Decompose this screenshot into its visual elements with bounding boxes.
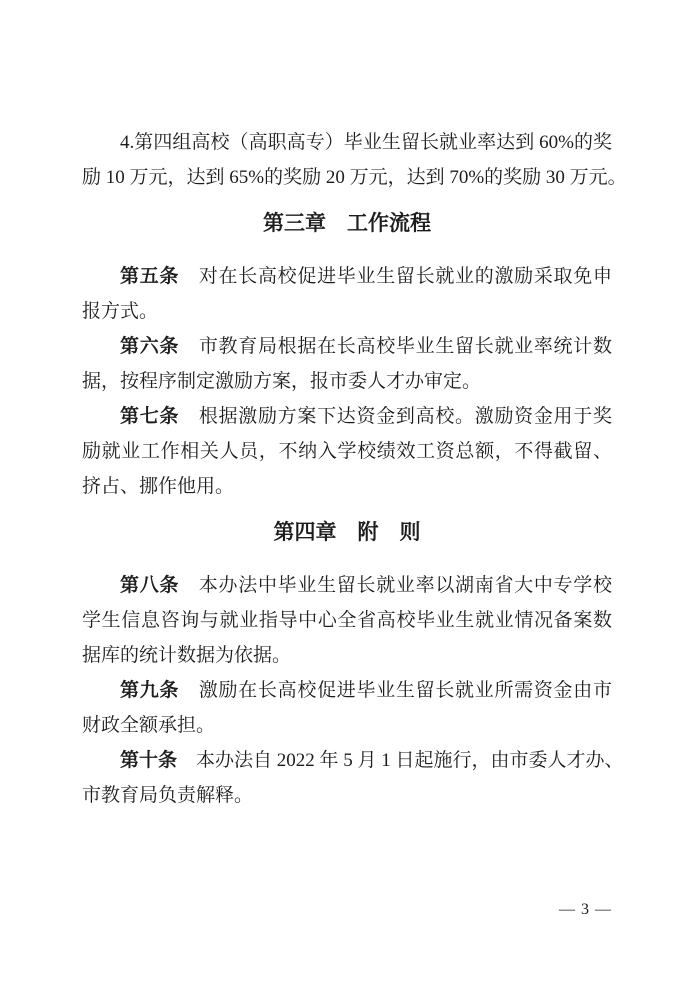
text-segment: 本办法中毕业生留长就业率以湖南省大中专学校 — [179, 575, 612, 596]
article-label: 第九条 — [120, 680, 179, 701]
text-segment: 学生信息咨询与就业指导中心全省高校毕业生就业情况备案数 — [82, 610, 612, 631]
text-segment: 本办法自 2022 年 5 月 1 日起施行，由市委人才办、 — [177, 750, 624, 771]
paragraph: 第六条 市教育局根据在长高校毕业生留长就业率统计数据，按程序制定激励方案，报市委… — [82, 329, 612, 399]
text-line: 报方式。 — [82, 294, 612, 329]
text-segment: 激励在长高校促进毕业生留长就业所需资金由市 — [179, 680, 612, 701]
text-line: 第七条 根据激励方案下达资金到高校。激励资金用于奖 — [82, 399, 612, 434]
text-line: 第十条 本办法自 2022 年 5 月 1 日起施行，由市委人才办、 — [82, 743, 612, 778]
text-line: 第六条 市教育局根据在长高校毕业生留长就业率统计数 — [82, 329, 612, 364]
text-line: 第九条 激励在长高校促进毕业生留长就业所需资金由市 — [82, 673, 612, 708]
document-body: 4.第四组高校（高职高专）毕业生留长就业率达到 60%的奖励 10 万元，达到 … — [82, 125, 612, 813]
chapter-heading: 第三章 工作流程 — [82, 206, 612, 241]
paragraph: 第七条 根据激励方案下达资金到高校。激励资金用于奖励就业工作相关人员，不纳入学校… — [82, 399, 612, 504]
paragraph: 第十条 本办法自 2022 年 5 月 1 日起施行，由市委人才办、市教育局负责… — [82, 743, 612, 813]
text-segment: 财政全额承担。 — [82, 715, 215, 736]
text-line: 励就业工作相关人员，不纳入学校绩效工资总额，不得截留、 — [82, 434, 612, 469]
paragraph: 第五条 对在长高校促进毕业生留长就业的激励采取免申报方式。 — [82, 259, 612, 329]
text-segment: 挤占、挪作他用。 — [82, 476, 234, 497]
text-line: 第五条 对在长高校促进毕业生留长就业的激励采取免申 — [82, 259, 612, 294]
article-label: 第七条 — [120, 406, 179, 427]
text-segment: 励 10 万元，达到 65%的奖励 20 万元，达到 70%的奖励 30 万元。 — [82, 167, 627, 188]
text-segment: 报方式。 — [82, 301, 158, 322]
text-line: 据，按程序制定激励方案，报市委人才办审定。 — [82, 364, 612, 399]
text-line: 市教育局负责解释。 — [82, 778, 612, 813]
text-segment: 据，按程序制定激励方案，报市委人才办审定。 — [82, 371, 481, 392]
document-page: 4.第四组高校（高职高专）毕业生留长就业率达到 60%的奖励 10 万元，达到 … — [0, 0, 700, 990]
paragraph: 4.第四组高校（高职高专）毕业生留长就业率达到 60%的奖励 10 万元，达到 … — [82, 125, 612, 195]
paragraph: 第八条 本办法中毕业生留长就业率以湖南省大中专学校学生信息咨询与就业指导中心全省… — [82, 568, 612, 673]
article-label: 第十条 — [120, 750, 177, 771]
text-line: 第八条 本办法中毕业生留长就业率以湖南省大中专学校 — [82, 568, 612, 603]
text-line: 4.第四组高校（高职高专）毕业生留长就业率达到 60%的奖 — [82, 125, 612, 160]
article-label: 第五条 — [120, 266, 179, 287]
text-segment: 对在长高校促进毕业生留长就业的激励采取免申 — [179, 266, 612, 287]
article-label: 第八条 — [120, 575, 179, 596]
text-line: 挤占、挪作他用。 — [82, 469, 612, 504]
text-line: 励 10 万元，达到 65%的奖励 20 万元，达到 70%的奖励 30 万元。 — [82, 160, 612, 195]
text-segment: 励就业工作相关人员，不纳入学校绩效工资总额，不得截留、 — [82, 441, 612, 462]
article-label: 第六条 — [120, 336, 179, 357]
text-segment: 市教育局根据在长高校毕业生留长就业率统计数 — [179, 336, 612, 357]
text-segment: 根据激励方案下达资金到高校。激励资金用于奖 — [179, 406, 612, 427]
text-line: 据库的统计数据为依据。 — [82, 638, 612, 673]
text-segment: 据库的统计数据为依据。 — [82, 645, 291, 666]
text-line: 财政全额承担。 — [82, 708, 612, 743]
chapter-heading: 第四章 附 则 — [82, 515, 612, 550]
page-number: — 3 — — [559, 901, 612, 919]
text-line: 学生信息咨询与就业指导中心全省高校毕业生就业情况备案数 — [82, 603, 612, 638]
paragraph: 第九条 激励在长高校促进毕业生留长就业所需资金由市财政全额承担。 — [82, 673, 612, 743]
text-segment: 4.第四组高校（高职高专）毕业生留长就业率达到 60%的奖 — [120, 132, 612, 153]
text-segment: 市教育局负责解释。 — [82, 785, 253, 806]
